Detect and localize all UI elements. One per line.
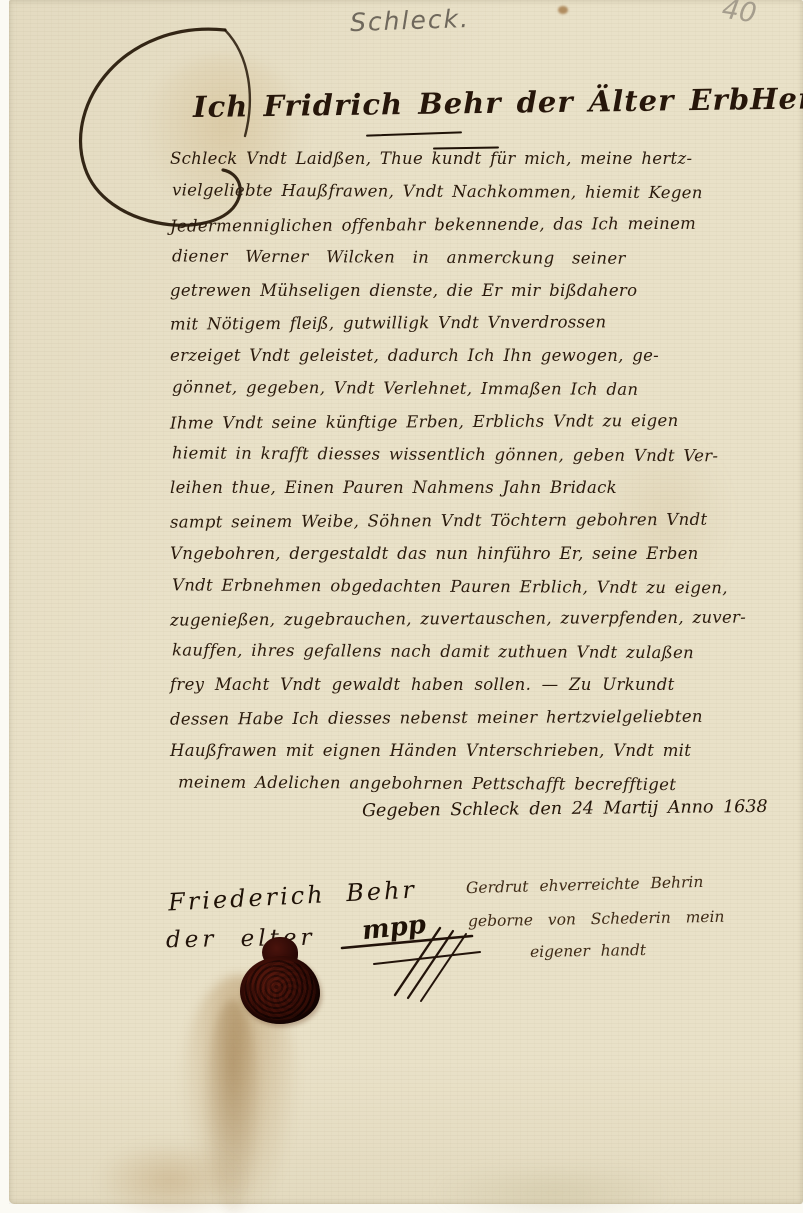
manuscript-line: Vngebohren, dergestaldt das nun hinführo… [170,538,774,571]
manuscript-line: erzeiget Vndt geleistet, dadurch Ich Ihn… [170,340,774,373]
manuscript-scan: { "annotations": { "archive_label": "Sch… [0,0,803,1213]
manuscript-body: Schleck Vndt Laidßen, Thue kundt für mic… [170,143,774,801]
manuscript-line: gönnet, gegeben, Vndt Verlehnet, Immaßen… [172,372,776,408]
manuscript-line: Jedermenniglichen offenbahr bekennende, … [170,207,774,243]
manuscript-line: sampt seinem Weibe, Söhnen Vndt Töchtern… [170,503,774,539]
dateline: Gegeben Schleck den 24 Martij Anno 1638 [362,797,768,821]
manuscript-line: zugenießen, zugebrauchen, zuvertauschen,… [170,602,774,638]
manuscript-line: getrewen Mühseligen dienste, die Er mir … [170,275,774,308]
manuscript-line: Schleck Vndt Laidßen, Thue kundt für mic… [170,143,774,176]
manuscript-line: leihen thue, Einen Pauren Nahmens Jahn B… [170,472,774,505]
manuscript-line: mit Nötigem fleiß, gutwilligk Vndt Vnver… [170,306,774,342]
wax-seal [240,956,320,1024]
manuscript-line: kauffen, ihres gefallens nach damit zuth… [172,635,776,671]
manuscript-line: Haußfrawen mit eignen Händen Vnterschrie… [170,735,774,768]
manuscript-line: frey Macht Vndt gewaldt haben sollen. — … [170,669,774,702]
archive-label-pencil: Schleck. [350,4,471,37]
folio-number-pencil: 40 [720,0,759,29]
manuscript-line: vielgeliebte Haußfrawen, Vndt Nachkommen… [172,174,776,210]
manuscript-line: dessen Habe Ich diesses nebenst meiner h… [170,701,774,737]
manuscript-line: Vndt Erbnehmen obgedachten Pauren Erblic… [172,569,776,605]
manuscript-line: Ihme Vndt seine künftige Erben, Erblichs… [170,405,774,441]
manuscript-line: hiemit in krafft diesses wissentlich gön… [172,437,776,473]
signature-gertrud-line3: eigener handt [530,941,646,961]
manuscript-line: diener Werner Wilcken in anmerckung sein… [172,240,776,276]
